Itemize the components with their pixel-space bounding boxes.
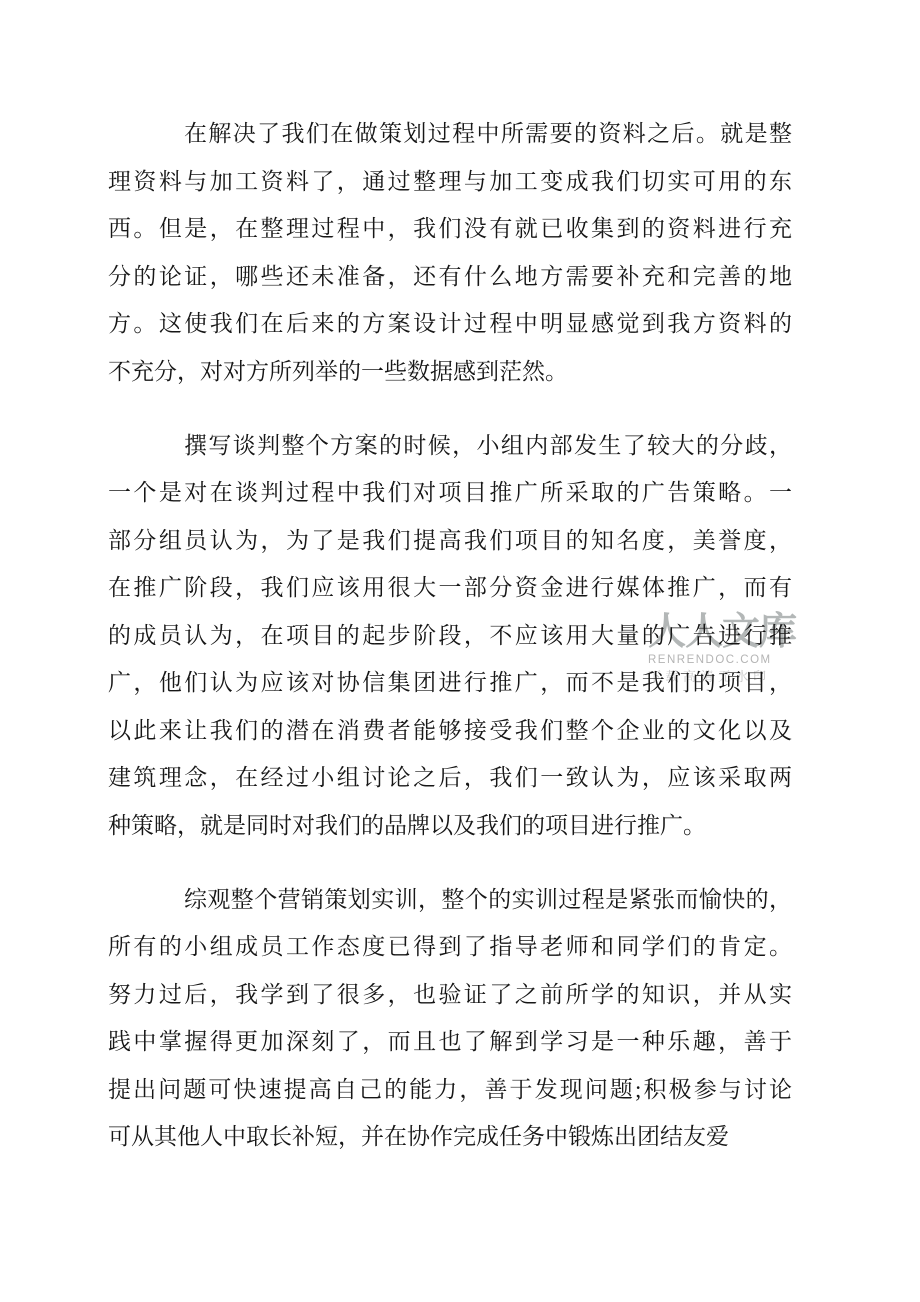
paragraph: 在解决了我们在做策划过程中所需要的资料之后。就是整理资料与加工资料了，通过整理与… [108,110,792,395]
text-line: 践中掌握得更加深刻了，而且也了解到学习是一种乐趣，善于 [108,1018,792,1066]
text-line: 提出问题可快速提高自己的能力，善于发现问题;积极参与讨论 [108,1066,792,1114]
text-line: 建筑理念，在经过小组讨论之后，我们一致认为，应该采取两 [108,754,792,802]
text-line: 分的论证，哪些还未准备，还有什么地方需要补充和完善的地 [108,253,792,301]
text-line: 种策略，就是同时对我们的品牌以及我们的项目进行推广。 [108,802,792,850]
text-line: 不充分，对对方所列举的一些数据感到茫然。 [108,348,792,396]
text-line: 的成员认为，在项目的起步阶段，不应该用大量的广告进行推 [108,612,792,660]
paragraph: 综观整个营销策划实训，整个的实训过程是紧张而愉快的，所有的小组成员工作态度已得到… [108,876,792,1161]
text-line: 一个是对在谈判过程中我们对项目推广所采取的广告策略。一 [108,469,792,517]
document-page: 人人文库 RENRENDOC.COM 下载高清无水印 在解决了我们在做策划过程中… [0,0,920,1302]
text-line: 在解决了我们在做策划过程中所需要的资料之后。就是整 [108,110,792,158]
text-line: 以此来让我们的潜在消费者能够接受我们整个企业的文化以及 [108,707,792,755]
paragraph: 撰写谈判整个方案的时候，小组内部发生了较大的分歧，一个是对在谈判过程中我们对项目… [108,422,792,850]
text-line: 在推广阶段，我们应该用很大一部分资金进行媒体推广，而有 [108,564,792,612]
text-line: 所有的小组成员工作态度已得到了指导老师和同学们的肯定。 [108,923,792,971]
document-body: 在解决了我们在做策划过程中所需要的资料之后。就是整理资料与加工资料了，通过整理与… [108,110,792,1187]
text-line: 可从其他人中取长补短，并在协作完成任务中锻炼出团结友爱 [108,1113,792,1161]
text-line: 西。但是，在整理过程中，我们没有就已收集到的资料进行充 [108,205,792,253]
text-line: 综观整个营销策划实训，整个的实训过程是紧张而愉快的， [108,876,792,924]
text-line: 理资料与加工资料了，通过整理与加工变成我们切实可用的东 [108,158,792,206]
text-line: 广，他们认为应该对协信集团进行推广，而不是我们的项目， [108,659,792,707]
text-line: 部分组员认为，为了是我们提高我们项目的知名度，美誉度， [108,517,792,565]
text-line: 撰写谈判整个方案的时候，小组内部发生了较大的分歧， [108,422,792,470]
text-line: 努力过后，我学到了很多，也验证了之前所学的知识，并从实 [108,971,792,1019]
text-line: 方。这使我们在后来的方案设计过程中明显感觉到我方资料的 [108,300,792,348]
